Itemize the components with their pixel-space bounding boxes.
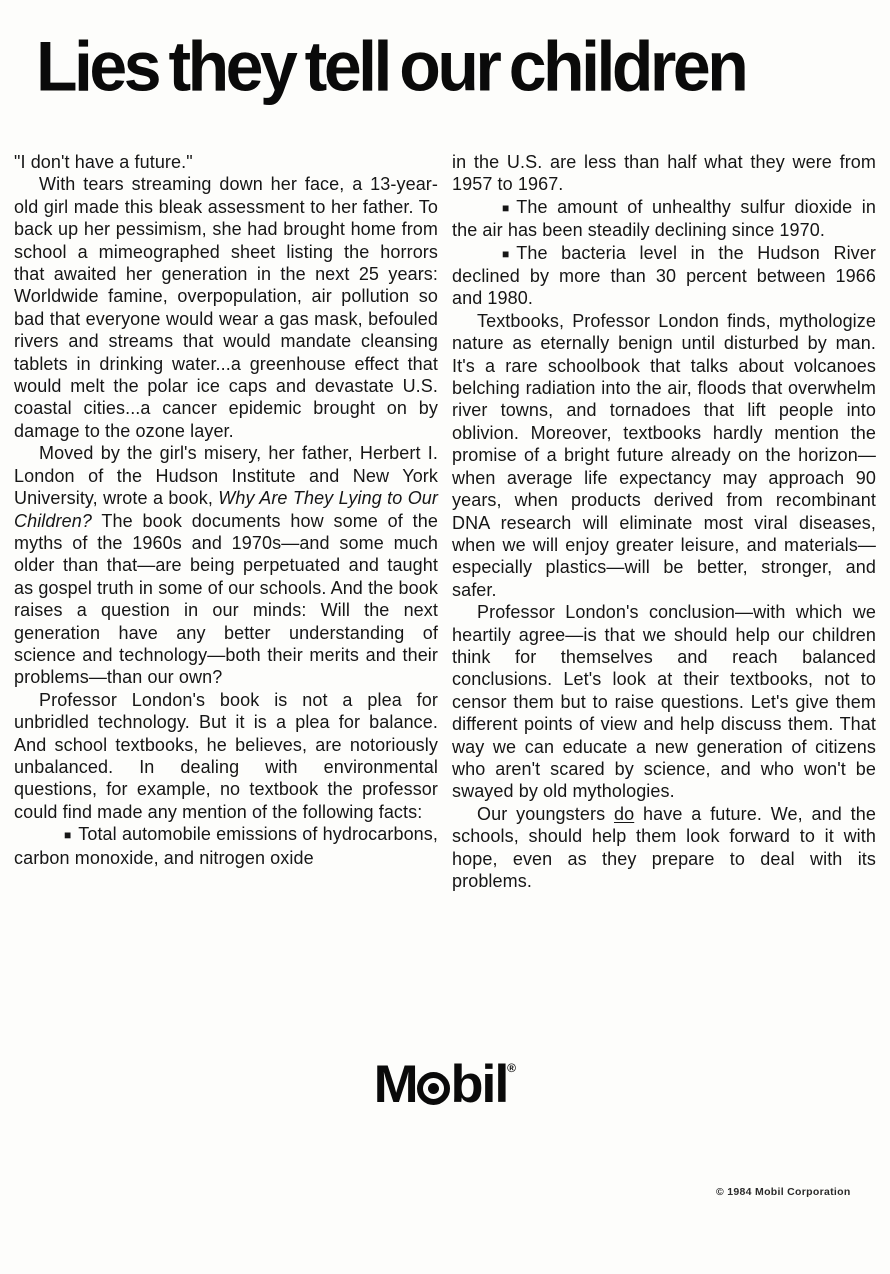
mobil-o-icon: [417, 1072, 450, 1105]
mobil-logo-text-bil: bil: [451, 1058, 508, 1111]
paragraph-text: Our youngsters: [477, 804, 614, 824]
copyright-line: © 1984 Mobil Corporation: [716, 1186, 851, 1198]
mobil-logo: Mbil®: [0, 1058, 890, 1111]
left-column: "I don't have a future." With tears stre…: [14, 151, 438, 892]
paragraph-book: Moved by the girl's misery, her father, …: [14, 442, 438, 688]
intro-quote: "I don't have a future.": [14, 151, 438, 173]
paragraph-text: The book documents how some of the myths…: [14, 511, 438, 688]
mobil-logo-text-m: M: [374, 1058, 417, 1111]
bullet-text: Total automobile emissions of hydrocarbo…: [14, 824, 438, 867]
bullet-item-sulfur: ■The amount of unhealthy sulfur dioxide …: [452, 196, 876, 242]
bullet-item-bacteria: ■The bacteria level in the Hudson River …: [452, 242, 876, 310]
article-body: "I don't have a future." With tears stre…: [14, 151, 876, 892]
bullet-text: The amount of unhealthy sulfur dioxide i…: [452, 197, 876, 240]
underlined-word: do: [614, 804, 634, 824]
bullet-square-icon: ■: [477, 243, 509, 265]
registered-trademark-icon: ®: [507, 1061, 516, 1075]
paragraph-closing: Our youngsters do have a future. We, and…: [452, 803, 876, 893]
bullet-text: The bacteria level in the Hudson River d…: [452, 243, 876, 309]
scanned-ad-page: Lies they tell our children "I don't hav…: [0, 0, 890, 1274]
bullet-item-emissions: ■Total automobile emissions of hydrocarb…: [14, 823, 438, 869]
mobil-o-center-dot: [428, 1083, 439, 1094]
paragraph-balance: Professor London's book is not a plea fo…: [14, 689, 438, 823]
right-column: in the U.S. are less than half what they…: [452, 151, 876, 892]
paragraph-textbooks: Textbooks, Professor London finds, mytho…: [452, 310, 876, 601]
bullet-item-emissions-continued: in the U.S. are less than half what they…: [452, 151, 876, 196]
bullet-square-icon: ■: [477, 197, 509, 219]
headline: Lies they tell our children: [36, 30, 856, 104]
bullet-square-icon: ■: [39, 824, 71, 846]
paragraph-conclusion: Professor London's conclusion—with which…: [452, 601, 876, 803]
paragraph-girl-story: With tears streaming down her face, a 13…: [14, 173, 438, 442]
